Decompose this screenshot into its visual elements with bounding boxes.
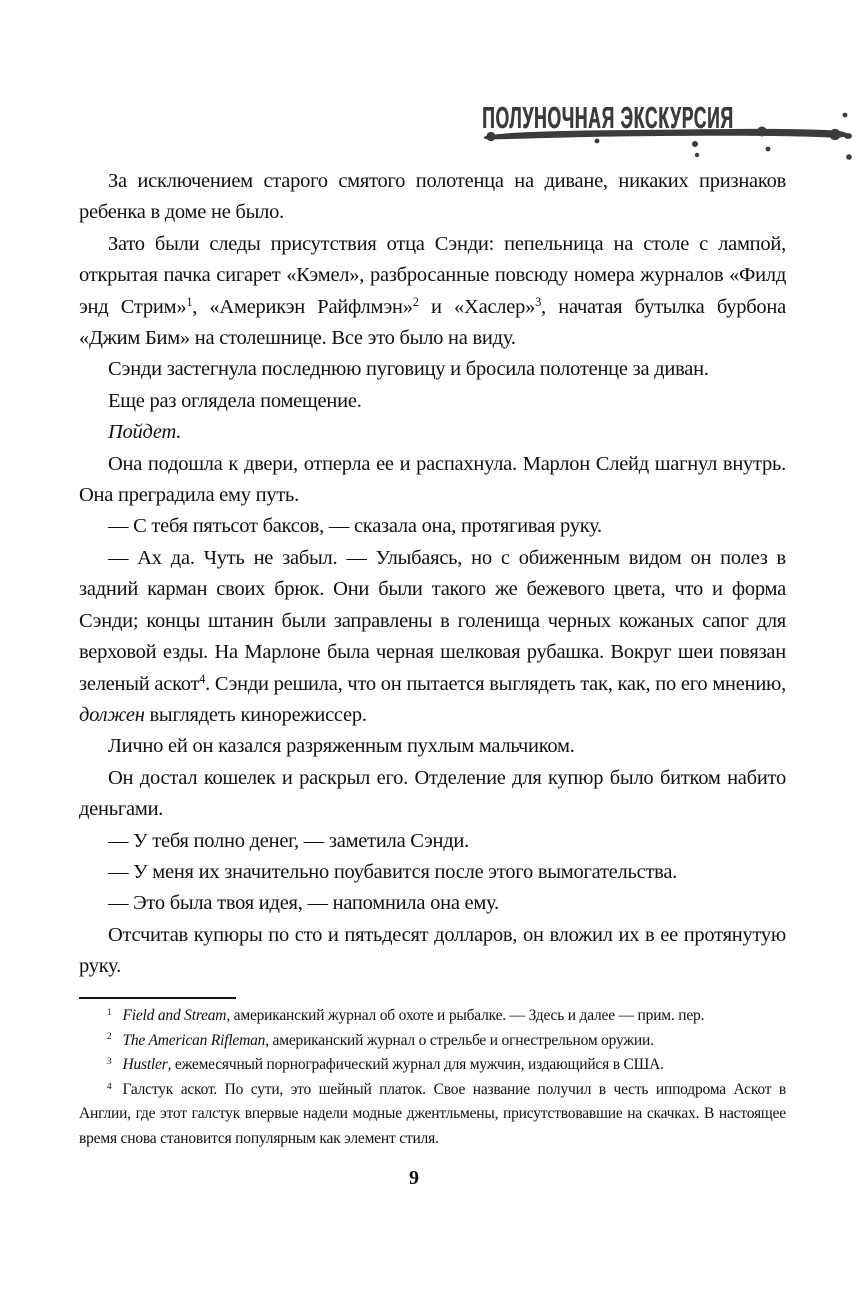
text-run: — С тебя пятьсот баксов, — сказала она, … [108,515,602,537]
italic-run: Пойдет. [108,421,181,443]
footnote-ref: 4 [199,672,205,686]
footnote-ref: 1 [186,295,192,309]
paragraph: Он достал кошелек и раскрыл его. Отделен… [79,763,786,826]
footnote-ref: 2 [413,295,419,309]
text-run: Галстук аскот. По сути, это шейный плато… [79,1081,786,1147]
italic-run: The American Rifleman [122,1032,265,1049]
footnote-number: 3 [107,1057,111,1067]
footnote: 1Field and Stream, американский журнал о… [79,1004,786,1029]
footnote: 2The American Rifleman, американский жур… [79,1029,786,1054]
italic-run: Field and Stream [122,1007,226,1024]
text-run: За исключением старого смятого полотенца… [79,170,786,223]
footnote-number: 2 [107,1032,111,1042]
text-run: , ежемесячный порнографический журнал дл… [168,1056,664,1073]
paragraph: За исключением старого смятого полотенца… [79,166,786,229]
paragraph: Пойдет. [79,417,786,448]
paragraph: — Это была твоя идея, — напомнила она ем… [79,888,786,919]
book-page: ПОЛУНОЧНАЯ ЭКСКУРСИЯ За исключением стар… [0,0,856,1299]
italic-run: должен [79,704,145,726]
footnote-number: 4 [107,1082,111,1092]
paragraph: — У тебя полно денег, — заметила Сэнди. [79,826,786,857]
footnote-separator [79,997,236,999]
text-run: , американский журнал об охоте и рыбалке… [226,1007,704,1024]
ink-underline-flourish [440,95,856,173]
text-run: , американский журнал о стрельбе и огнес… [265,1032,654,1049]
text-run: Лично ей он казался разряженным пухлым м… [108,735,575,757]
paragraph: — Ах да. Чуть не забыл. — Улыбаясь, но с… [79,543,786,731]
text-run: . Сэнди решила, что он пытается выглядет… [205,673,786,695]
text-run: , «Америкэн Райфлмэн» [192,296,413,318]
text-run: — У тебя полно денег, — заметила Сэнди. [108,830,469,852]
paragraph: Еще раз оглядела помещение. [79,386,786,417]
text-run: Отсчитав купюры по сто и пятьдесят долла… [79,924,786,977]
body-text: За исключением старого смятого полотенца… [79,166,786,983]
paragraph: Отсчитав купюры по сто и пятьдесят долла… [79,920,786,983]
page-number: 9 [79,1167,749,1190]
footnote: 4Галстук аскот. По сути, это шейный плат… [79,1078,786,1152]
footnote-ref: 3 [535,295,541,309]
text-run: и «Хаслер» [419,296,535,318]
text-run: Она подошла к двери, отперла ее и распах… [79,453,786,506]
footnote-number: 1 [107,1008,111,1018]
paragraph: Она подошла к двери, отперла ее и распах… [79,449,786,512]
footnotes: 1Field and Stream, американский журнал о… [79,1004,786,1152]
text-run: Еще раз оглядела помещение. [108,390,362,412]
italic-run: Hustler [122,1056,167,1073]
paragraph: Лично ей он казался разряженным пухлым м… [79,731,786,762]
text-run: выглядеть кинорежиссер. [145,704,367,726]
text-run: Он достал кошелек и раскрыл его. Отделен… [79,767,786,820]
text-run: Сэнди застегнула последнюю пуговицу и бр… [108,358,709,380]
paragraph: — У меня их значительно поубавится после… [79,857,786,888]
paragraph: Зато были следы присутствия отца Сэнди: … [79,229,786,355]
paragraph: — С тебя пятьсот баксов, — сказала она, … [79,511,786,542]
footnote: 3Hustler, ежемесячный порнографический ж… [79,1053,786,1078]
paragraph: Сэнди застегнула последнюю пуговицу и бр… [79,354,786,385]
text-run: — Это была твоя идея, — напомнила она ем… [108,892,499,914]
text-run: — У меня их значительно поубавится после… [108,861,677,883]
